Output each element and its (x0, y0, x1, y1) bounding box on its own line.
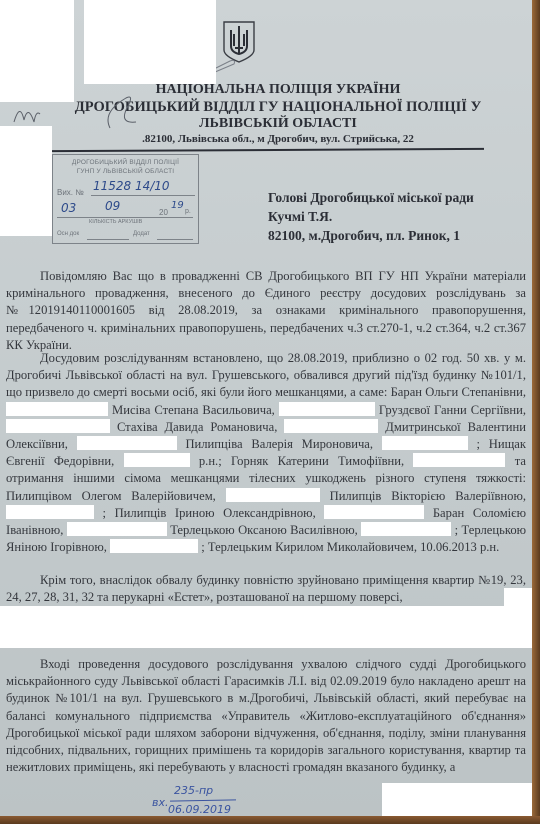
paragraph-3: Крім того, внаслідок обвалу будинку повн… (6, 572, 526, 606)
stamp-line-1: ДРОГОБИЦЬКИЙ ВІДДІЛ ПОЛІЦІЇ (53, 159, 198, 166)
paragraph-2-text: Груздєвої Ганни Сергіївни, (379, 403, 526, 417)
paragraph-2-text: р.н.; Горняк Катерини Тимофіївни, (199, 454, 404, 468)
paragraph-2-text: Досудовим розслідуванням встановлено, що… (6, 351, 526, 399)
stamp-underline (157, 239, 193, 240)
redaction-inline (361, 522, 451, 536)
redaction-block (0, 126, 52, 184)
recipient-line-1: Голові Дрогобицької міської ради (268, 188, 474, 207)
paragraph-2-text: Мисіва Степана Васильовича, (112, 403, 275, 417)
redaction-inline (6, 402, 108, 416)
stamp-main-label: Осн док (57, 231, 79, 237)
paragraph-2-text: ; Пилипців Іриною Олександрівною, (103, 506, 316, 520)
redaction-block (382, 783, 532, 816)
incoming-prefix: вх. (152, 796, 169, 809)
redaction-inline (382, 436, 468, 450)
redaction-inline (226, 488, 320, 502)
paragraph-2-text: Стахіва Давида Романовича, (117, 420, 277, 434)
redaction-inline (413, 453, 505, 467)
paragraph-2-text: Пилипціва Валерія Мироновича, (185, 437, 373, 451)
recipient-line-3: 82100, м.Дрогобич, пл. Ринок, 1 (268, 226, 474, 245)
registration-stamp: ДРОГОБИЦЬКИЙ ВІДДІЛ ПОЛІЦІЇ ГУНП У ЛЬВІВ… (52, 154, 199, 244)
paragraph-4-text: Вході проведення досудового розслідуванн… (6, 657, 526, 774)
stamp-out-number: 11528 14/10 (93, 179, 170, 193)
paragraph-2-text: Терлецькою Оксаною Василівною, (170, 523, 358, 537)
recipient-line-2: Кучмі Т.Я. (268, 207, 474, 226)
redaction-block (84, 0, 216, 84)
redaction-block (0, 0, 74, 102)
stamp-attach-label: Додат (133, 231, 150, 237)
redaction-inline (284, 419, 378, 433)
paragraph-4: Вході проведення досудового розслідуванн… (6, 656, 526, 776)
stamp-year-prefix: 20 (159, 208, 168, 217)
redaction-block (0, 184, 52, 236)
redaction-inline (6, 505, 94, 519)
stamp-month: 09 (105, 199, 120, 213)
paragraph-2-text: ; Терлецьким Кирилом Миколайовичем, 10.0… (201, 540, 499, 554)
redaction-inline (324, 505, 424, 519)
stamp-year-end: р. (185, 208, 191, 215)
paragraph-3-text: Крім того, внаслідок обвалу будинку повн… (6, 573, 526, 604)
paragraph-2: Досудовим розслідуванням встановлено, що… (6, 350, 526, 556)
redaction-block (504, 588, 532, 606)
redaction-inline (279, 402, 375, 416)
header-address: .82100, Львівська обл., м Дрогобич, вул.… (8, 133, 540, 145)
stamp-day: 03 (61, 201, 76, 215)
paragraph-1-text: Повідомляю Вас що в провадженні СВ Дрого… (6, 269, 526, 352)
redaction-inline (6, 419, 110, 433)
redaction-block (0, 606, 532, 648)
stamp-underline (87, 239, 129, 240)
redaction-inline (124, 453, 190, 467)
redaction-inline (77, 436, 177, 450)
stamp-line-2: ГУНП У ЛЬВІВСЬКІЙ ОБЛАСТІ (53, 168, 198, 175)
redaction-inline (67, 522, 167, 536)
stamp-sheets-label: КІЛЬКІСТЬ АРКУШІВ (89, 219, 142, 225)
incoming-date: 06.09.2019 (168, 803, 231, 816)
paragraph-2-text: Пилипців Вікторією Валеріївною, (330, 489, 526, 503)
incoming-number: 235-пр (174, 784, 213, 797)
stamp-year-suffix: 19 (171, 200, 184, 211)
stamp-underline (57, 217, 193, 218)
stamp-underline (91, 195, 195, 196)
redaction-inline (110, 539, 198, 553)
table-edge-bottom (0, 816, 540, 824)
paragraph-1: Повідомляю Вас що в провадженні СВ Дрого… (6, 268, 526, 354)
stamp-out-label: Вих. № (57, 188, 84, 197)
recipient-block: Голові Дрогобицької міської ради Кучмі Т… (268, 188, 474, 245)
